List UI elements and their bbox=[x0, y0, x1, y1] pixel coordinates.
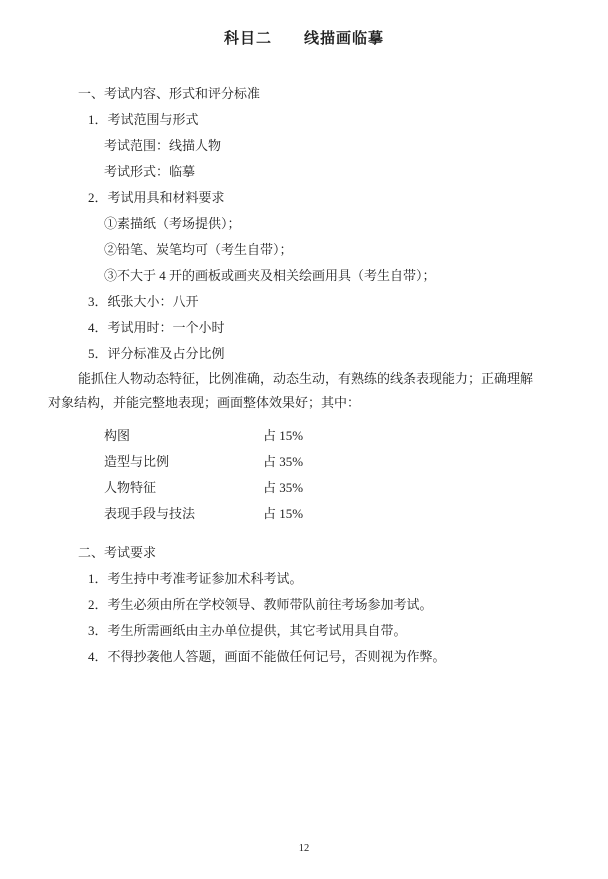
list-item-exam-scope-form: 1．考试范围与形式 bbox=[88, 107, 608, 133]
score-value: 占 35% bbox=[263, 480, 303, 495]
requirement-item-1: 1．考生持中考准考证参加术科考试。 bbox=[88, 566, 608, 592]
list-item-tools-materials: 2．考试用具和材料要求 bbox=[88, 185, 608, 211]
score-value: 占 35% bbox=[263, 454, 303, 469]
section-1-heading: 一、考试内容、形式和评分标准 bbox=[78, 81, 608, 107]
requirement-item-2: 2．考生必须由所在学校领导、教师带队前往考场参加考试。 bbox=[88, 592, 608, 618]
criteria-paragraph-line-1: 能抓住人物动态特征，比例准确，动态生动，有熟练的线条表现能力；正确理解 bbox=[78, 367, 608, 391]
score-row-composition: 构图占 15% bbox=[104, 423, 608, 449]
document-page: 科目二 线描画临摹 一、考试内容、形式和评分标准 1．考试范围与形式 考试范围：… bbox=[0, 0, 608, 879]
document-body: 一、考试内容、形式和评分标准 1．考试范围与形式 考试范围：线描人物 考试形式：… bbox=[0, 81, 608, 670]
section-2-heading: 二、考试要求 bbox=[78, 540, 608, 566]
score-row-modeling-proportion: 造型与比例占 35% bbox=[104, 449, 608, 475]
list-item-paper-size: 3．纸张大小：八开 bbox=[88, 289, 608, 315]
tool-item-1: ①素描纸（考场提供）； bbox=[104, 211, 608, 237]
requirement-item-4: 4．不得抄袭他人答题，画面不能做任何记号，否则视为作弊。 bbox=[88, 644, 608, 670]
score-value: 占 15% bbox=[263, 506, 303, 521]
criteria-paragraph-line-2: 对象结构，并能完整地表现；画面整体效果好；其中： bbox=[48, 391, 608, 415]
tool-item-2: ②铅笔、炭笔均可（考生自带）； bbox=[104, 237, 608, 263]
list-item-scoring-standard: 5．评分标准及占分比例 bbox=[88, 341, 608, 367]
score-row-figure-features: 人物特征占 35% bbox=[104, 475, 608, 501]
score-table: 构图占 15% 造型与比例占 35% 人物特征占 35% 表现手段与技法占 15… bbox=[0, 423, 608, 527]
tool-item-3: ③不大于 4 开的画板或画夹及相关绘画用具（考生自带）； bbox=[104, 263, 608, 289]
score-label: 表现手段与技法 bbox=[104, 501, 263, 527]
score-label: 人物特征 bbox=[104, 475, 263, 501]
exam-form-text: 考试形式：临摹 bbox=[104, 159, 608, 185]
score-row-technique: 表现手段与技法占 15% bbox=[104, 501, 608, 527]
page-number: 12 bbox=[0, 843, 608, 854]
exam-scope-text: 考试范围：线描人物 bbox=[104, 133, 608, 159]
requirement-item-3: 3．考生所需画纸由主办单位提供，其它考试用具自带。 bbox=[88, 618, 608, 644]
score-value: 占 15% bbox=[263, 428, 303, 443]
list-item-exam-duration: 4．考试用时：一个小时 bbox=[88, 315, 608, 341]
score-label: 构图 bbox=[104, 423, 263, 449]
page-title: 科目二 线描画临摹 bbox=[0, 0, 608, 50]
score-label: 造型与比例 bbox=[104, 449, 263, 475]
